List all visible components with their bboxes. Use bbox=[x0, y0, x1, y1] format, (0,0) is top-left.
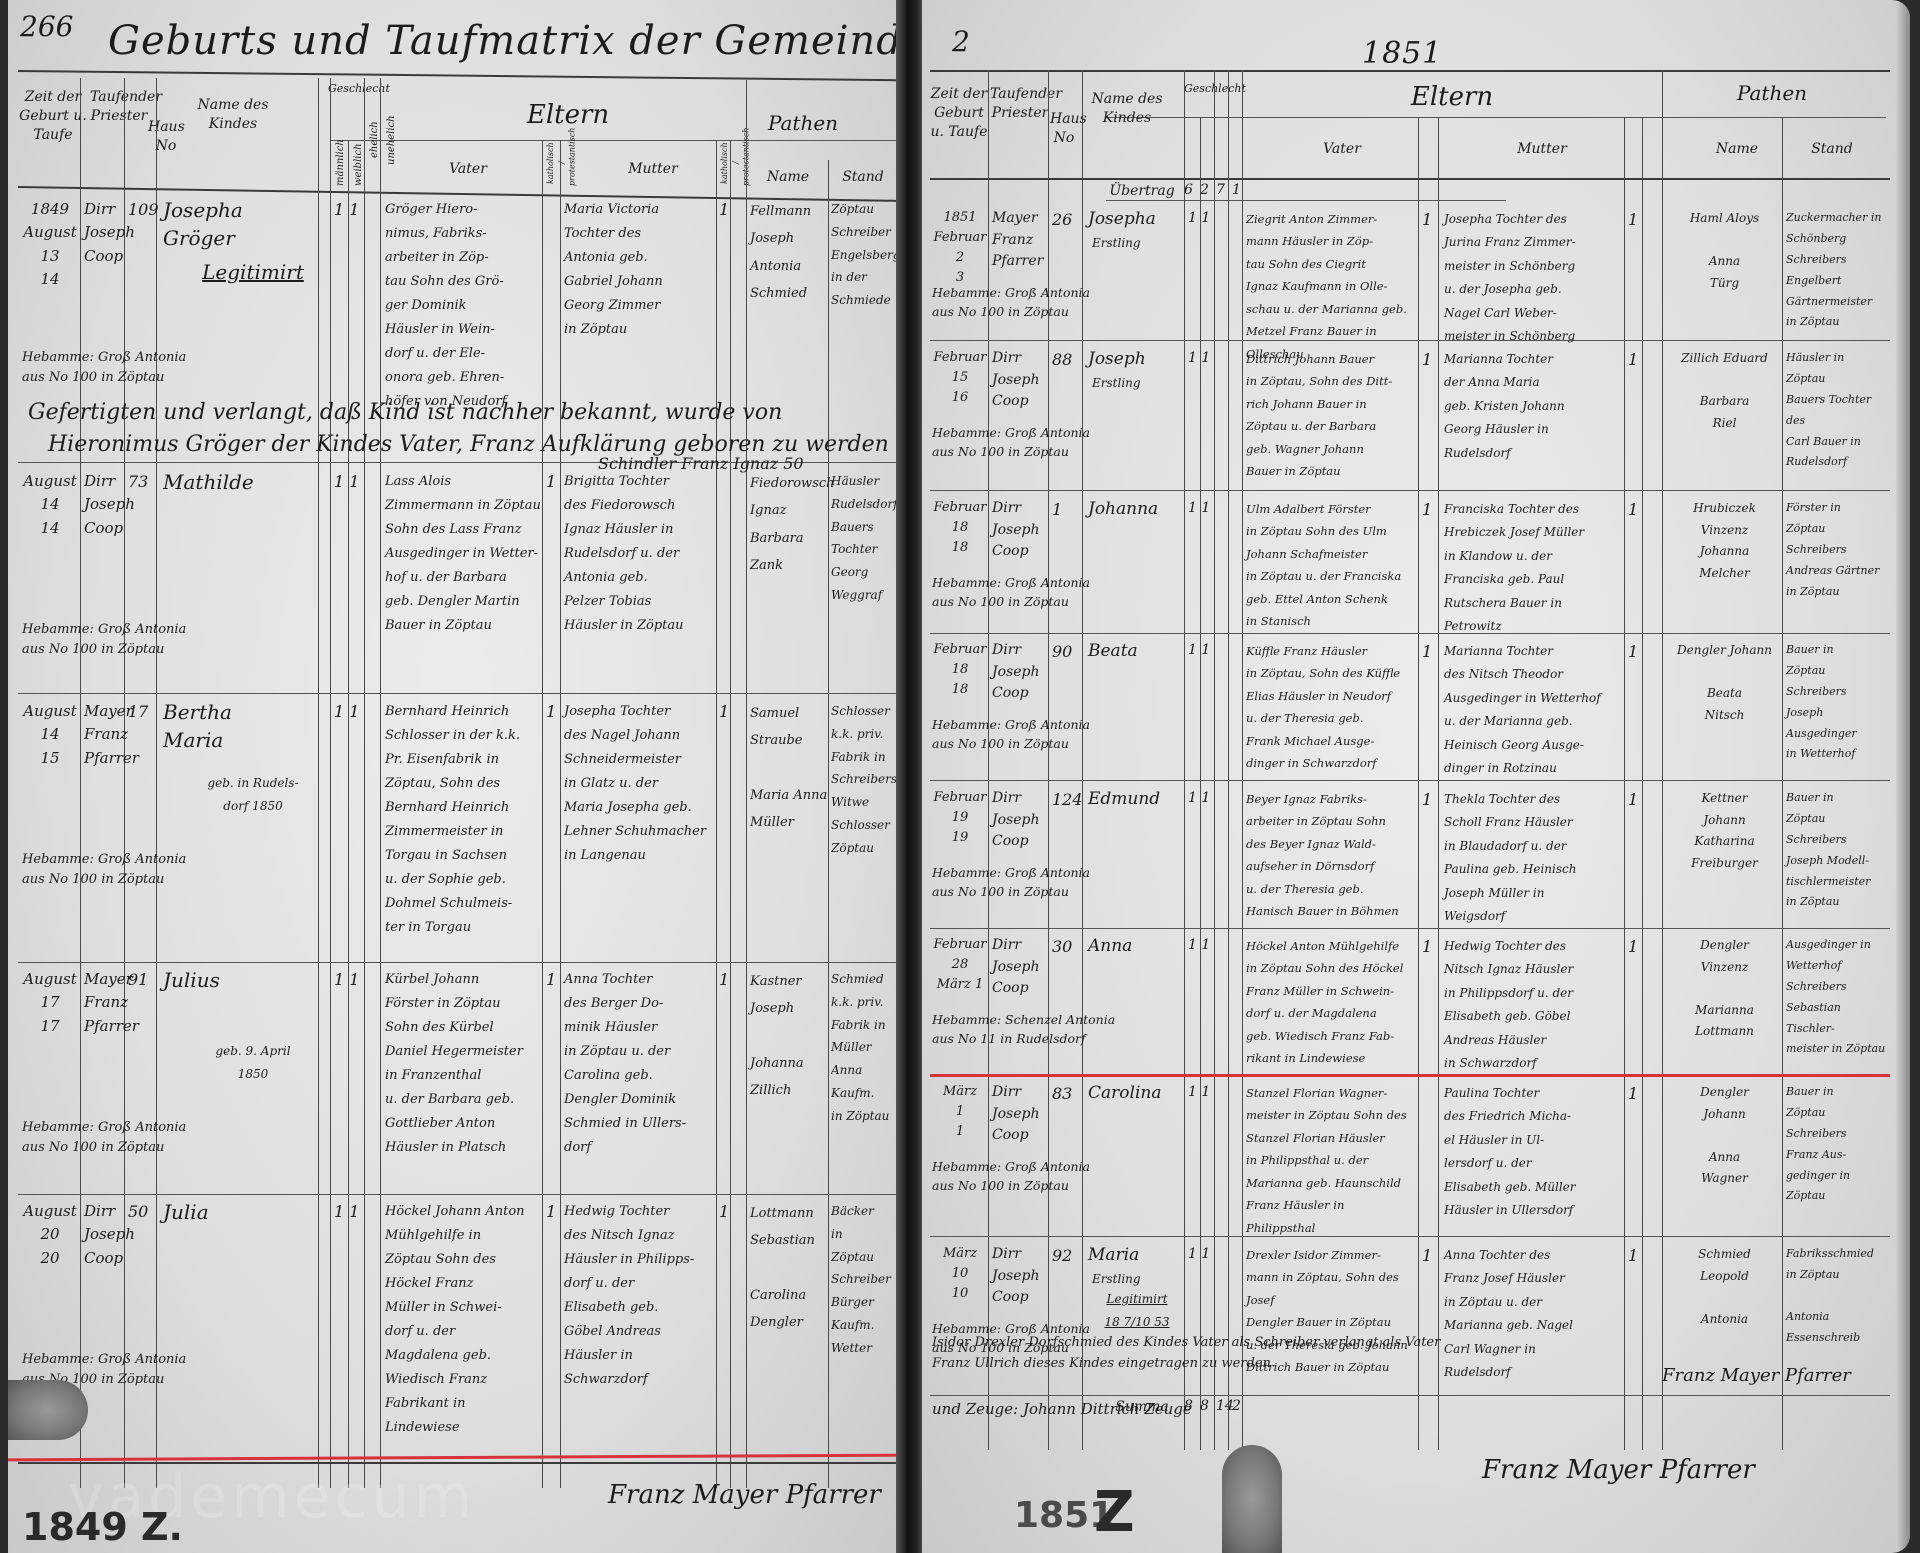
tally-value: 2 bbox=[1232, 1398, 1242, 1414]
entry-house-number: 50 bbox=[128, 1200, 156, 1225]
entry-godparents: Hrubiczek Vinzenz Johanna Melcher bbox=[1667, 498, 1782, 584]
entry-priest: Dirr Joseph Coop bbox=[992, 640, 1048, 705]
entry-sex-legit-marks: 1 1 bbox=[1188, 935, 1242, 957]
tally-value: 6 bbox=[1184, 182, 1194, 198]
entry-house-number: 26 bbox=[1052, 208, 1080, 233]
entry-priest: Dirr Joseph Coop bbox=[992, 935, 1048, 1000]
register-title: Geburts und Taufmatrix der Gemeinde Zöpt… bbox=[108, 18, 903, 64]
page-edge bbox=[1896, 0, 1910, 1553]
entry-midwife: Hebamme: Groß Antonia aus No 100 in Zöpt… bbox=[22, 850, 322, 890]
entry-mother: Anna Tochter des Franz Josef Häusler in … bbox=[1444, 1244, 1624, 1384]
entry-father-religion-mark: 1 bbox=[1422, 208, 1436, 233]
entry-father: Stanzel Florian Wagner- meister in Zöpta… bbox=[1246, 1082, 1418, 1239]
entry-child-name: Johanna bbox=[1088, 498, 1183, 522]
entry-priest: Mayer Franz Pfarrer bbox=[84, 700, 124, 770]
header-godparent-name: Name bbox=[748, 168, 828, 187]
entry-godparent-status: Zuckermacher in Schönberg Schreibers Eng… bbox=[1786, 208, 1886, 333]
entry-mother-religion-mark: 1 bbox=[1628, 498, 1642, 523]
entry-father: Lass Alois Zimmermann in Zöptau Sohn des… bbox=[385, 470, 543, 638]
entry-date: 1849 August 13 14 bbox=[22, 198, 78, 291]
entry-child-name: Maria bbox=[1088, 1244, 1183, 1268]
entry-midwife: Hebamme: Groß Antonia aus No 100 in Zöpt… bbox=[932, 1157, 1232, 1196]
entry-mother: Hedwig Tochter des Nitsch Ignaz Häusler … bbox=[1444, 935, 1624, 1075]
legitimation-note-line3: Schindler Franz Ignaz 50 bbox=[598, 454, 804, 473]
entry-house-number: 90 bbox=[1052, 640, 1080, 665]
entry-child-note: geb. in Rudels- dorf 1850 bbox=[188, 772, 318, 818]
entry-child-name: Joseph bbox=[1088, 348, 1183, 372]
entry-mother: Thekla Tochter des Scholl Franz Häusler … bbox=[1444, 788, 1624, 928]
entry-priest: Dirr Joseph Coop bbox=[84, 1200, 124, 1270]
entry-date: Februar 18 18 bbox=[932, 498, 988, 558]
header-godparent-status: Stand bbox=[833, 168, 893, 187]
entry-sex-legit-marks: 1 1 bbox=[1188, 788, 1242, 810]
header-father-religion: katholisch / protestantisch bbox=[546, 140, 578, 186]
entry-date: März 1 1 bbox=[932, 1082, 988, 1142]
entry-child-name: Josepha Gröger bbox=[163, 196, 313, 252]
archive-stamp-letter: Z bbox=[1094, 1480, 1135, 1545]
entry-mother-religion-mark: 1 bbox=[719, 968, 733, 993]
entry-godparent-status: Ausgedinger in Wetterhof Schreibers Seba… bbox=[1786, 935, 1886, 1060]
entry-mother: Paulina Tochter des Friedrich Micha- el … bbox=[1444, 1082, 1624, 1222]
carryover-values: 6271 bbox=[1184, 182, 1242, 198]
entry-date: März 10 10 bbox=[932, 1244, 988, 1304]
entry-father: Kürbel Johann Förster in Zöptau Sohn des… bbox=[385, 968, 543, 1160]
entry-sex-legit-marks: 1 1 bbox=[1188, 348, 1242, 370]
entry-father-religion-mark: 1 bbox=[1422, 348, 1436, 373]
entry-child-name: Josepha bbox=[1088, 208, 1183, 232]
entry-date: 1851 Februar 2 3 bbox=[932, 208, 988, 289]
entry-child-name: Bertha Maria bbox=[163, 698, 313, 754]
entry-priest: Dirr Joseph Coop bbox=[84, 198, 124, 268]
header-father: Vater bbox=[1282, 140, 1402, 159]
entry-mother: Marianna Tochter der Anna Maria geb. Kri… bbox=[1444, 348, 1624, 465]
entry-father-religion-mark: 1 bbox=[1422, 640, 1436, 665]
entry-midwife: Hebamme: Groß Antonia aus No 100 in Zöpt… bbox=[932, 863, 1232, 902]
entry-godparent-status: Bauer in Zöptau Schreibers Franz Aus- ge… bbox=[1786, 1082, 1886, 1207]
entry-godparents: Kastner Joseph Johanna Zillich bbox=[750, 968, 828, 1104]
header-godparent-name: Name bbox=[1692, 140, 1782, 159]
entry-mother-religion-mark: 1 bbox=[1628, 208, 1642, 233]
entry-child-note: geb. 9. April 1850 bbox=[188, 1040, 318, 1086]
entry-father: Ziegrit Anton Zimmer- mann Häusler in Zö… bbox=[1246, 208, 1418, 365]
entry-midwife: Hebamme: Groß Antonia aus No 100 in Zöpt… bbox=[932, 423, 1232, 462]
entry-house-number: 1 bbox=[1052, 498, 1080, 523]
entry-mother-religion-mark: 1 bbox=[1628, 640, 1642, 665]
entry-godparents: Schmied Leopold Antonia bbox=[1667, 1244, 1782, 1330]
thumb-shadow bbox=[1222, 1445, 1282, 1553]
entry-mother-religion-mark: 1 bbox=[719, 700, 733, 725]
entry-mother: Franciska Tochter des Hrebiczek Josef Mü… bbox=[1444, 498, 1624, 638]
entry-mother-religion-mark: 1 bbox=[1628, 1244, 1642, 1269]
entry-house-number: 91 bbox=[128, 968, 156, 993]
legitimation-note-line1: Gefertigten und verlangt, daß Kind ist n… bbox=[28, 400, 782, 425]
witness-note-line1: Isidor Drexler Dorfschmied des Kindes Va… bbox=[932, 1335, 1440, 1350]
entry-godparents: Lottmann Sebastian Carolina Dengler bbox=[750, 1200, 828, 1336]
entry-godparent-status: Häusler in Zöptau Bauers Tochter des Car… bbox=[1786, 348, 1886, 473]
entry-godparent-status: Häusler Rudelsdorf Bauers Tochter Georg … bbox=[831, 470, 901, 607]
entry-father-religion-mark: 1 bbox=[546, 700, 560, 725]
entry-priest: Dirr Joseph Coop bbox=[992, 348, 1048, 413]
entry-father: Beyer Ignaz Fabriks- arbeiter in Zöptau … bbox=[1246, 788, 1418, 923]
header-godparents: Pathen bbox=[1702, 80, 1842, 107]
tally-value: 1 bbox=[1232, 182, 1242, 198]
tally-value: 8 bbox=[1184, 1398, 1194, 1414]
header-godparents: Pathen bbox=[753, 110, 853, 137]
entry-mother: Josepha Tochter des Nagel Johann Schneid… bbox=[564, 700, 714, 868]
entry-father-religion-mark: 1 bbox=[546, 968, 560, 993]
header-sex: Geschlecht bbox=[1184, 82, 1224, 97]
entry-sex-legit-marks: 1 1 bbox=[334, 198, 380, 223]
entry-father-religion-mark: 1 bbox=[1422, 788, 1436, 813]
entry-godparent-status: Bäcker in Zöptau Schreiber Bürger Kaufm.… bbox=[831, 1200, 901, 1360]
entry-father-religion-mark: 1 bbox=[1422, 935, 1436, 960]
entry-godparent-status: Zöptau Schreiber Engelsberg in der Schmi… bbox=[831, 198, 901, 312]
entry-godparents: Zillich Eduard Barbara Riel bbox=[1667, 348, 1782, 434]
entry-child-name: Edmund bbox=[1088, 788, 1183, 812]
entry-godparent-status: Förster in Zöptau Schreibers Andreas Gär… bbox=[1786, 498, 1886, 602]
entry-child-name: Julia bbox=[163, 1198, 313, 1226]
header-child: Name des Kindes bbox=[188, 96, 278, 134]
right-register-page: 2 1851 Zeit der Geburt u. Taufe Taufende… bbox=[922, 0, 1910, 1553]
header-mother: Mutter bbox=[588, 160, 718, 179]
entry-priest: Dirr Joseph Coop bbox=[992, 1082, 1048, 1147]
entry-midwife: Hebamme: Groß Antonia aus No 100 in Zöpt… bbox=[932, 573, 1232, 612]
entry-godparents: Samuel Straube Maria Anna Müller bbox=[750, 700, 828, 836]
entry-date: Februar 18 18 bbox=[932, 640, 988, 700]
entry-mother-religion-mark: 1 bbox=[1628, 348, 1642, 373]
totals-label: Summa bbox=[1102, 1398, 1182, 1417]
entry-child-subnote: Erstling bbox=[1092, 372, 1182, 395]
entry-house-number: 83 bbox=[1052, 1082, 1080, 1107]
entry-midwife: Hebamme: Groß Antonia aus No 100 in Zöpt… bbox=[22, 1118, 322, 1158]
entry-godparent-status: Schmied k.k. priv. Fabrik in Müller Anna… bbox=[831, 968, 901, 1128]
header-house: Haus No bbox=[1050, 110, 1078, 148]
entry-father-religion-mark: 1 bbox=[1422, 498, 1436, 523]
entry-father-religion-mark: 1 bbox=[546, 1200, 560, 1225]
entry-child-name: Mathilde bbox=[163, 468, 313, 496]
entry-father: Bernhard Heinrich Schlosser in der k.k. … bbox=[385, 700, 543, 940]
entry-godparents: Fiedorowsch Ignaz Barbara Zank bbox=[750, 470, 828, 579]
entry-mother-religion-mark: 1 bbox=[1628, 788, 1642, 813]
entry-midwife: Hebamme: Schenzel Antonia aus No 11 in R… bbox=[932, 1010, 1232, 1049]
header-child: Name des Kindes bbox=[1082, 90, 1172, 128]
priest-signature: Franz Mayer Pfarrer bbox=[608, 1480, 881, 1510]
entry-house-number: 73 bbox=[128, 470, 156, 495]
entry-house-number: 92 bbox=[1052, 1244, 1080, 1269]
entry-sex-legit-marks: 1 1 bbox=[1188, 208, 1242, 230]
entry-priest: Dirr Joseph Coop bbox=[84, 470, 124, 540]
header-priest: Taufender Priester bbox=[990, 85, 1050, 123]
entry-house-number: 30 bbox=[1052, 935, 1080, 960]
entry-godparents: Dengler Johann Beata Nitsch bbox=[1667, 640, 1782, 726]
red-marker-line bbox=[8, 1454, 903, 1462]
header-sex: Geschlecht bbox=[328, 82, 378, 97]
tally-value: 8 bbox=[1200, 1398, 1210, 1414]
entry-godparent-status: Fabriksschmied in Zöptau Antonia Essensc… bbox=[1786, 1244, 1886, 1348]
entry-sex-legit-marks: 1 1 bbox=[1188, 1244, 1242, 1266]
entry-father-religion-mark: 1 bbox=[1422, 1244, 1436, 1269]
page-number: 2 bbox=[952, 25, 970, 58]
tally-value: 7 bbox=[1216, 182, 1226, 198]
entry-priest: Mayer Franz Pfarrer bbox=[992, 208, 1048, 273]
entry-mother: Brigitta Tochter des Fiedorowsch Ignaz H… bbox=[564, 470, 714, 638]
entry-sex-legit-marks: 1 1 bbox=[334, 470, 380, 495]
entry-godparent-status: Schlosser k.k. priv. Fabrik in Schreiber… bbox=[831, 700, 901, 860]
entry-father-religion-mark: 1 bbox=[546, 470, 560, 495]
tally-value: 14 bbox=[1216, 1398, 1226, 1414]
entry-date: August 14 15 bbox=[22, 700, 78, 770]
entry-midwife: Hebamme: Groß Antonia aus No 100 in Zöpt… bbox=[932, 715, 1232, 754]
entry-sex-legit-marks: 1 1 bbox=[334, 968, 380, 993]
header-godparent-status: Stand bbox=[1792, 140, 1872, 159]
header-sex-m: männlich bbox=[334, 146, 348, 186]
entry-date: Februar 19 19 bbox=[932, 788, 988, 848]
witness-note-line2: Franz Ullrich dieses Kindes eingetragen … bbox=[932, 1356, 1271, 1371]
entry-sex-legit-marks: 1 1 bbox=[1188, 640, 1242, 662]
entry-midwife: Hebamme: Groß Antonia aus No 100 in Zöpt… bbox=[22, 348, 322, 388]
entry-godparents: Fellmann Joseph Antonia Schmied bbox=[750, 198, 828, 307]
entry-mother-religion-mark: 1 bbox=[1628, 1082, 1642, 1107]
entry-priest: Dirr Joseph Coop bbox=[992, 1244, 1048, 1309]
entry-father: Höckel Johann Anton Mühlgehilfe in Zöpta… bbox=[385, 1200, 543, 1440]
entry-house-number: 109 bbox=[128, 198, 156, 223]
entry-child-name: Anna bbox=[1088, 935, 1183, 959]
entry-father: Gröger Hiero- nimus, Fabriks- arbeiter i… bbox=[385, 198, 543, 414]
header-date: Zeit der Geburt u. Taufe bbox=[930, 85, 988, 142]
entry-sex-legit-marks: 1 1 bbox=[334, 1200, 380, 1225]
tally-value: 2 bbox=[1200, 182, 1210, 198]
header-illegitimate: unehelich bbox=[385, 100, 399, 180]
entry-child-name: Carolina bbox=[1088, 1082, 1183, 1106]
header-mother: Mutter bbox=[1482, 140, 1602, 159]
entry-house-number: 17 bbox=[128, 700, 156, 725]
entry-father: Höckel Anton Mühlgehilfe in Zöptau Sohn … bbox=[1246, 935, 1418, 1070]
entry-father: Ulm Adalbert Förster in Zöptau Sohn des … bbox=[1246, 498, 1418, 633]
entry-father: Drexler Isidor Zimmer- mann in Zöptau, S… bbox=[1246, 1244, 1418, 1379]
priest-signature: Franz Mayer Pfarrer bbox=[1482, 1455, 1755, 1485]
entry-father: Küffle Franz Häusler in Zöptau, Sohn des… bbox=[1246, 640, 1418, 775]
entry-priest: Mayer Franz Pfarrer bbox=[84, 968, 124, 1038]
entry-father: Dittrich Johann Bauer in Zöptau, Sohn de… bbox=[1246, 348, 1418, 483]
entry-sex-legit-marks: 1 1 bbox=[1188, 498, 1242, 520]
year-heading: 1851 bbox=[1362, 36, 1442, 71]
entry-godparent-status: Bauer in Zöptau Schreibers Joseph Ausged… bbox=[1786, 640, 1886, 765]
totals-values: 88142 bbox=[1184, 1398, 1242, 1414]
entry-mother: Hedwig Tochter des Nitsch Ignaz Häusler … bbox=[564, 1200, 714, 1392]
entry-date: Februar 15 16 bbox=[932, 348, 988, 408]
entry-godparents: Haml Aloys Anna Türg bbox=[1667, 208, 1782, 294]
witness-signature: Franz Mayer Pfarrer bbox=[1662, 1365, 1851, 1386]
entry-date: August 14 14 bbox=[22, 470, 78, 540]
entry-mother: Marianna Tochter des Nitsch Theodor Ausg… bbox=[1444, 640, 1624, 780]
entry-house-number: 124 bbox=[1052, 788, 1080, 813]
thumb-shadow bbox=[8, 1380, 88, 1440]
entry-date: August 17 17 bbox=[22, 968, 78, 1038]
entry-midwife: Hebamme: Groß Antonia aus No 100 in Zöpt… bbox=[932, 283, 1232, 322]
header-house: Haus No bbox=[148, 118, 184, 156]
entry-child-note: Legitimirt bbox=[188, 253, 318, 291]
entry-godparent-status: Bauer in Zöptau Schreibers Joseph Modell… bbox=[1786, 788, 1886, 913]
entry-date: August 20 20 bbox=[22, 1200, 78, 1270]
entry-date: Februar 28 März 1 bbox=[932, 935, 988, 995]
entry-child-name: Julius bbox=[163, 966, 313, 994]
entry-mother: Anna Tochter des Berger Do- minik Häusle… bbox=[564, 968, 714, 1160]
carryover-label: Übertrag bbox=[1102, 182, 1182, 201]
header-date: Zeit der Geburt u. Taufe bbox=[18, 88, 88, 145]
entry-priest: Dirr Joseph Coop bbox=[992, 498, 1048, 563]
entry-godparents: Kettner Johann Katharina Freiburger bbox=[1667, 788, 1782, 874]
entry-child-name: Beata bbox=[1088, 640, 1183, 664]
entry-mother: Maria Victoria Tochter des Antonia geb. … bbox=[564, 198, 714, 342]
entry-priest: Dirr Joseph Coop bbox=[992, 788, 1048, 853]
header-parents: Eltern bbox=[1362, 80, 1542, 115]
entry-godparents: Dengler Vinzenz Marianna Lottmann bbox=[1667, 935, 1782, 1043]
red-marker-line bbox=[930, 1074, 1890, 1077]
archive-stamp: 1849 Z. bbox=[22, 1505, 183, 1549]
entry-mother-religion-mark: 1 bbox=[719, 1200, 733, 1225]
page-number: 266 bbox=[20, 10, 73, 43]
entry-sex-legit-marks: 1 1 bbox=[1188, 1082, 1242, 1104]
header-priest: Taufender Priester bbox=[90, 88, 148, 126]
entry-child-subnote: Erstling bbox=[1092, 232, 1182, 255]
entry-midwife: Hebamme: Groß Antonia aus No 100 in Zöpt… bbox=[22, 620, 322, 660]
left-register-page: 266 Geburts und Taufmatrix der Gemeinde … bbox=[8, 0, 903, 1553]
entry-mother-religion-mark: 1 bbox=[1628, 935, 1642, 960]
entry-house-number: 88 bbox=[1052, 348, 1080, 373]
header-father: Vater bbox=[403, 160, 533, 179]
entry-godparents: Dengler Johann Anna Wagner bbox=[1667, 1082, 1782, 1190]
entry-sex-legit-marks: 1 1 bbox=[334, 700, 380, 725]
entry-mother-religion-mark: 1 bbox=[719, 198, 733, 223]
entry-mother: Josepha Tochter des Jurina Franz Zimmer-… bbox=[1444, 208, 1624, 348]
